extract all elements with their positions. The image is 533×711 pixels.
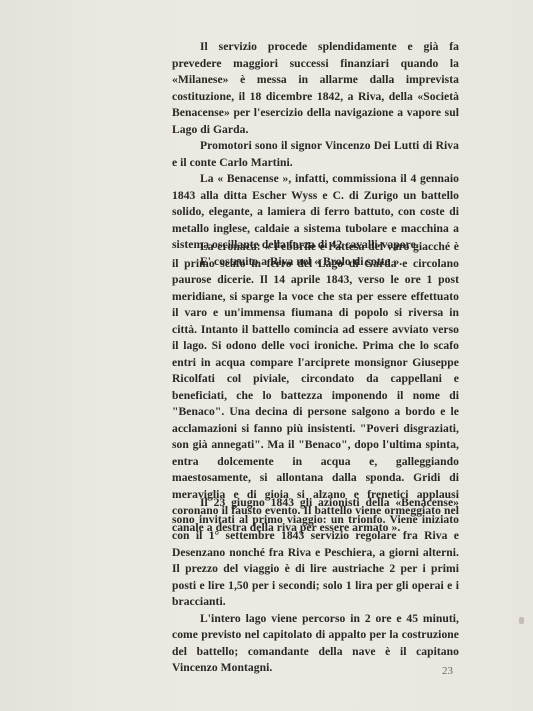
book-page: Il servizio procede splendidamente e già… (0, 0, 533, 711)
section-primo-viaggio: Il 23 giugno 1843 gli azionisti della «B… (172, 495, 459, 677)
paper-blemish (519, 617, 524, 624)
section-la-cronaca: La cronaca: « Febbrile è l'attesa del va… (172, 239, 459, 536)
page-number: 23 (442, 665, 453, 677)
paragraph: L'intero lago viene percorso in 2 ore e … (172, 611, 459, 677)
paragraph: Il 23 giugno 1843 gli azionisti della «B… (172, 495, 459, 611)
section-societa-benacense: Il servizio procede splendidamente e già… (172, 39, 459, 270)
paragraph: Il servizio procede splendidamente e già… (172, 39, 459, 138)
paragraph: La cronaca: « Febbrile è l'attesa del va… (172, 239, 459, 536)
paragraph: Promotori sono il signor Vincenzo Dei Lu… (172, 138, 459, 171)
